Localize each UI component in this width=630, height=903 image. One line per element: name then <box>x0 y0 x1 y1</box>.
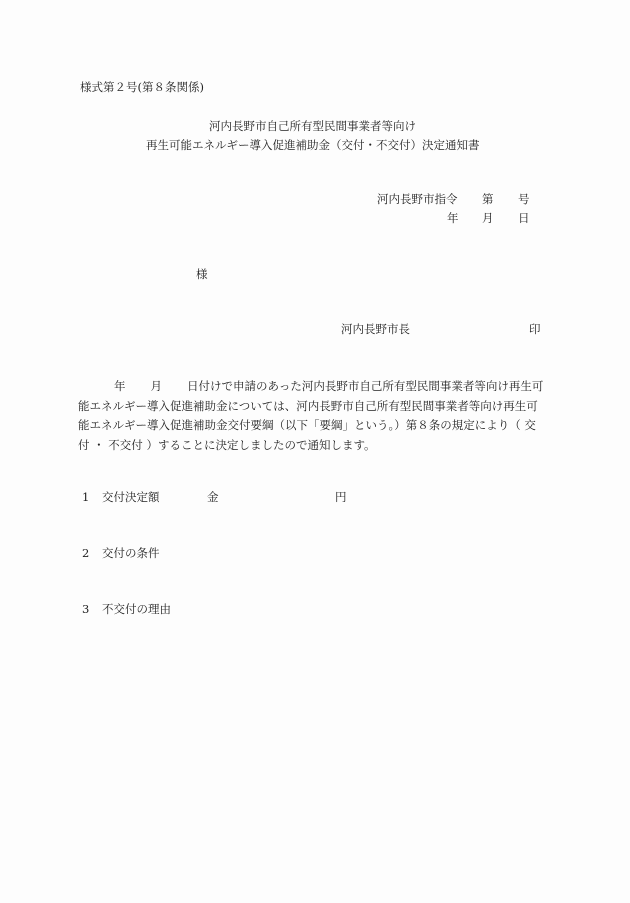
reference-dai: 第 <box>482 194 494 206</box>
item-1-prefix: 金 <box>207 492 219 504</box>
sender-name: 河内長野市長 <box>341 324 410 336</box>
item-2-number: 2 <box>82 548 89 560</box>
body-line-1: 年月日付けで申請のあった河内長野市自己所有型民間事業者等向け再生可 <box>78 377 554 397</box>
title-line-2: 再生可能エネルギー導入促進補助金（交付・不交付）決定通知書 <box>146 140 480 152</box>
body-month: 月 <box>151 379 163 393</box>
reference-go: 号 <box>518 194 530 206</box>
date-year: 年 <box>447 213 459 225</box>
item-1-label: 交付決定額 <box>102 492 160 504</box>
body-line-2: 能エネルギー導入促進補助金については、河内長野市自己所有型民間事業者等向け再生可 <box>78 397 554 417</box>
date-day: 日 <box>518 213 530 225</box>
body-line-4: 付 ・ 不交付 ）することに決定しましたので通知します。 <box>78 436 554 456</box>
body-paragraph: 年月日付けで申請のあった河内長野市自己所有型民間事業者等向け再生可 能エネルギー… <box>78 377 554 455</box>
body-line-1-text: 日付けで申請のあった河内長野市自己所有型民間事業者等向け再生可 <box>187 379 543 393</box>
sender-seal: 印 <box>529 324 541 336</box>
item-2-label: 交付の条件 <box>102 548 160 560</box>
form-label: 様式第２号(第８条関係) <box>80 82 204 94</box>
item-1-suffix: 円 <box>335 492 347 504</box>
item-3-number: 3 <box>82 604 89 616</box>
title-line-1: 河内長野市自己所有型民間事業者等向け <box>209 121 416 133</box>
body-year: 年 <box>114 379 126 393</box>
date-month: 月 <box>482 213 494 225</box>
body-line-3: 能エネルギー導入促進補助金交付要綱（以下「要綱」という。）第８条の規定により（ … <box>78 416 554 436</box>
addressee-honorific: 様 <box>196 269 208 281</box>
reference-issuer: 河内長野市指令 <box>377 194 458 206</box>
item-1-number: 1 <box>82 492 89 504</box>
item-3-label: 不交付の理由 <box>102 604 171 616</box>
